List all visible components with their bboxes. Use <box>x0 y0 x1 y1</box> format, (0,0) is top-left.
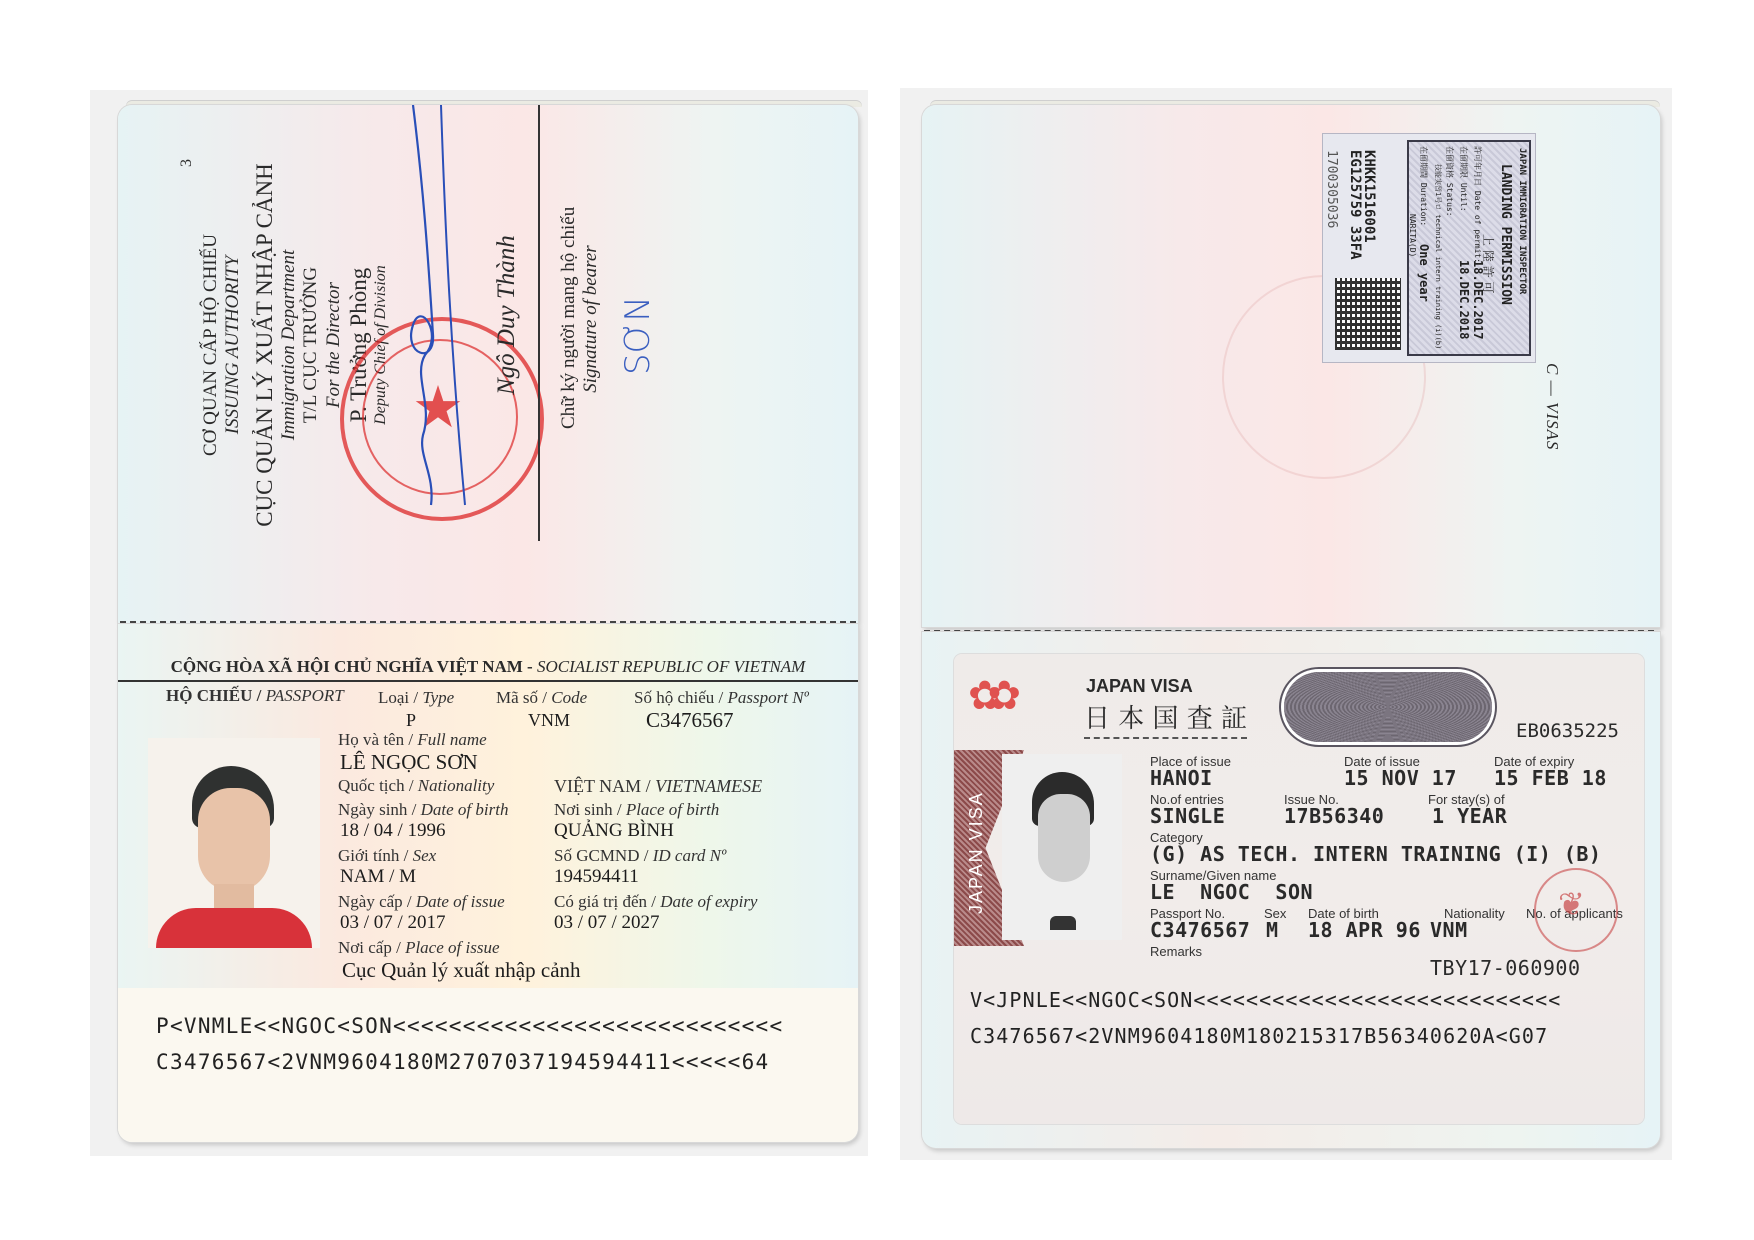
qr-code-icon <box>1335 278 1401 350</box>
visa-number: EB0635225 <box>1516 720 1619 742</box>
passport-number-label: Số hộ chiếu / Passport Nº <box>634 688 809 708</box>
sex-label: Giới tính / Sex <box>338 846 436 866</box>
sticker-until-label: 在留期限 Until: <box>1458 146 1469 212</box>
mrz-line-2: C3476567<2VNM9604180M2707037194594411<<<… <box>156 1050 770 1074</box>
stay-value: 1 YEAR <box>1432 804 1507 828</box>
issue-date-value: 03 / 07 / 2017 <box>340 912 446 934</box>
passport-number-value: C3476567 <box>646 708 734 733</box>
bearer-signature-label-vn: Chữ ký người mang hộ chiếu <box>558 209 580 429</box>
visa-holder-photo <box>1002 754 1122 940</box>
issue-date-label: Ngày cấp / Date of issue <box>338 892 505 912</box>
bearer-signature-label-en: Signature of bearer <box>580 209 602 429</box>
visa-side-label: JAPAN VISA <box>966 791 987 914</box>
passport-data-page: CỘNG HÒA XÃ HỘI CHỦ NGHĨA VIỆT NAM - SOC… <box>118 624 858 1142</box>
sticker-title: LANDING PERMISSION <box>1498 164 1513 305</box>
visa-mrz-line-1: V<JPNLE<<NGOC<SON<<<<<<<<<<<<<<<<<<<<<<<… <box>970 988 1561 1012</box>
issue-place-label: Nơi cấp / Place of issue <box>338 938 499 958</box>
sticker-status-label: 在留資格 Status: <box>1444 146 1455 217</box>
paulownia-crest-icon: ❦ <box>1558 888 1585 920</box>
id-card-value: 194594411 <box>554 866 639 888</box>
visas-section-label: C — VISAS <box>1542 363 1562 450</box>
place-of-issue-value: HANOI <box>1150 766 1213 790</box>
document-title: HỘ CHIẾU / PASSPORT <box>166 686 344 706</box>
sticker-until-date: 18.DEC.2018 <box>1457 260 1471 339</box>
sticker-header: JAPAN IMMIGRATION INSPECTOR <box>1517 148 1527 294</box>
issue-place-value: Cục Quản lý xuất nhập cảnh <box>342 958 581 983</box>
department-en: Immigration Department <box>278 125 300 565</box>
type-label: Loại / Type <box>378 688 454 708</box>
name-value: LE NGOC SON <box>1150 880 1313 904</box>
pob-label: Nơi sinh / Place of birth <box>554 800 719 820</box>
mrz-zone: P<VNMLE<<NGOC<SON<<<<<<<<<<<<<<<<<<<<<<<… <box>118 988 858 1142</box>
passport-visa-sticker-page: ✿✿ JAPAN VISA 日 本 国 査 証 EB0635225 JAPAN … <box>922 632 1660 1148</box>
pob-value: QUẢNG BÌNH <box>554 820 674 842</box>
sex-value: NAM / M <box>340 866 416 888</box>
entries-value: SINGLE <box>1150 804 1225 828</box>
page-perforation <box>120 621 856 623</box>
full-name-label: Họ và tên / Full name <box>338 730 487 750</box>
dob-value: 18 APR 96 <box>1308 918 1421 942</box>
landing-permission-sticker: 1700305036 KHKK1516001 EG125759 33FA JAP… <box>1322 133 1536 363</box>
sticker-duration-value: One year <box>1417 244 1431 302</box>
country-header: CỘNG HÒA XÃ HỘI CHỦ NGHĨA VIỆT NAM - SOC… <box>118 657 858 677</box>
dob-value: 18 / 04 / 1996 <box>340 820 446 842</box>
nationality-label: Quốc tịch / Nationality <box>338 776 494 796</box>
department-vn: CỤC QUẢN LÝ XUẤT NHẬP CẢNH <box>251 125 278 565</box>
photo-shirt <box>156 908 312 948</box>
header-rule <box>118 680 858 682</box>
sticker-serial: 1700305036 <box>1324 150 1339 228</box>
mrz-line-1: P<VNMLE<<NGOC<SON<<<<<<<<<<<<<<<<<<<<<<<… <box>156 1014 783 1038</box>
sex-value: M <box>1266 918 1279 942</box>
for-director-vn: T/L CỤC TRƯỞNG <box>300 125 322 565</box>
holder-photo <box>148 738 320 948</box>
sticker-permit-label: 許可年月日 Date of permit: <box>1472 146 1483 263</box>
japan-visa-sticker: ✿✿ JAPAN VISA 日 本 国 査 証 EB0635225 JAPAN … <box>954 654 1644 1124</box>
sticker-status-value: 技能実習1号ロ technical intern training (i)(b) <box>1433 164 1443 349</box>
expiry-date-value: 03 / 07 / 2027 <box>554 912 660 934</box>
official-name: Ngô Duy Thành <box>493 235 521 395</box>
type-value: P <box>406 710 416 731</box>
passport-visa-page: 1700305036 KHKK1516001 EG125759 33FA JAP… <box>922 105 1660 627</box>
photo-face <box>1038 794 1090 882</box>
photo-face <box>198 788 270 892</box>
issuing-authority-en: ISSUING AUTHORITY <box>222 125 244 565</box>
visa-mrz-line-2: C3476567<2VNM9604180M180215317B56340620A… <box>970 1024 1548 1048</box>
nationality-value: VNM <box>1430 918 1468 942</box>
bearer-signature-block: Chữ ký người mang hộ chiếu Signature of … <box>558 209 603 429</box>
code-value: VNM <box>528 710 570 731</box>
passport-observation-page: 3 CƠ QUAN CẤP HỘ CHIẾU ISSUING AUTHORITY… <box>118 105 858 623</box>
deputy-title-vn: P. Trưởng Phòng <box>345 125 372 565</box>
issue-no-value: 17B56340 <box>1284 804 1384 828</box>
page-number: 3 <box>178 159 196 167</box>
remarks-label: Remarks <box>1150 944 1202 959</box>
photo-collar <box>1050 916 1076 930</box>
date-of-issue-value: 15 NOV 17 <box>1344 766 1457 790</box>
visa-title-en: JAPAN VISA <box>1086 676 1193 697</box>
expiry-date-label: Có giá trị đến / Date of expiry <box>554 892 757 912</box>
sticker-code-2: EG125759 33FA <box>1347 150 1363 260</box>
sticker-port: NARITA(D) <box>1408 214 1417 257</box>
sticker-duration-label: 在留期間 Duration: <box>1418 146 1429 226</box>
ministry-seal: ❦ <box>1534 868 1618 952</box>
guilloche-emblem <box>1284 672 1492 742</box>
visa-title-jp: 日 本 国 査 証 <box>1084 698 1247 739</box>
dob-label: Ngày sinh / Date of birth <box>338 800 508 820</box>
sakura-logo-icon: ✿✿ <box>968 676 1007 716</box>
reference-value: TBY17-060900 <box>1430 956 1581 980</box>
for-director-en: For the Director <box>323 125 345 565</box>
passport-no-value: C3476567 <box>1150 918 1250 942</box>
date-of-expiry-value: 15 FEB 18 <box>1494 766 1607 790</box>
nationality-value: VIỆT NAM / VIETNAMESE <box>554 776 762 797</box>
issuing-authority-block: CƠ QUAN CẤP HỘ CHIẾU ISSUING AUTHORITY C… <box>200 125 391 565</box>
full-name-value: LÊ NGỌC SƠN <box>340 750 478 775</box>
official-signature <box>373 105 493 525</box>
sticker-permit-date: 18.DEC.2017 <box>1471 260 1485 339</box>
id-card-label: Số GCMND / ID card Nº <box>554 846 726 866</box>
code-label: Mã số / Code <box>496 688 587 708</box>
page-divider <box>538 105 540 541</box>
issuing-authority-vn: CƠ QUAN CẤP HỘ CHIẾU <box>200 125 222 565</box>
category-value: (G) AS TECH. INTERN TRAINING (I) (B) <box>1150 842 1601 866</box>
sticker-code-1: KHKK1516001 <box>1361 150 1377 243</box>
bearer-signature: SƠN <box>618 296 658 375</box>
